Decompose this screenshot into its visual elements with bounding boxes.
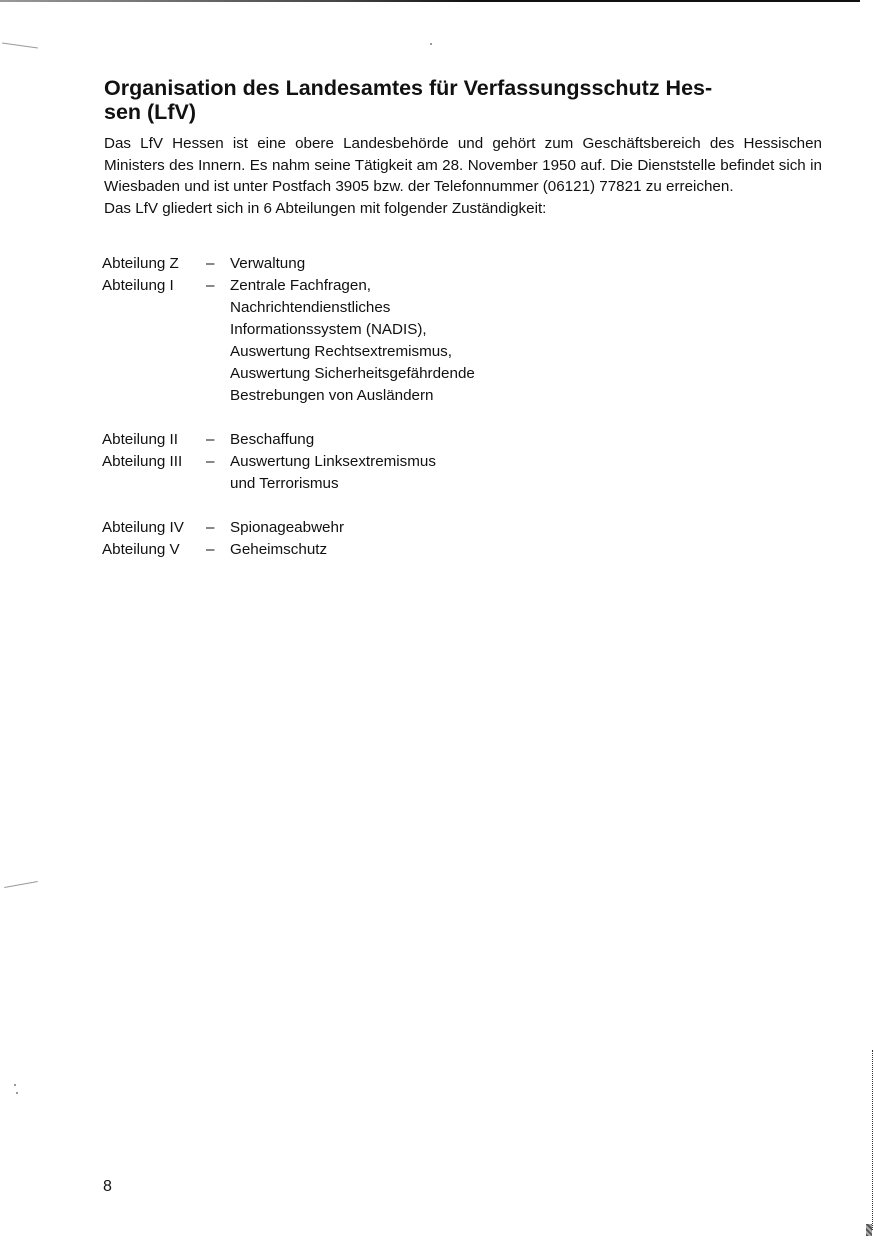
duty-line: Zentrale Fachfragen, [230, 275, 702, 297]
duty-line: Bestrebungen von Ausländern [230, 385, 702, 407]
department-group: Abteilung Z – Verwaltung Abteilung I – Z… [102, 253, 702, 407]
department-i: Abteilung I – Zentrale Fachfragen, Nachr… [102, 275, 702, 407]
department-iii: Abteilung III – Auswertung Linksextremis… [102, 451, 702, 495]
duty-line: Beschaffung [230, 429, 702, 451]
duty-line: Nachrichtendienstliches [230, 297, 702, 319]
scan-speck [14, 1084, 16, 1086]
department-label: Abteilung I [102, 275, 206, 407]
duty-line: Verwaltung [230, 253, 702, 275]
department-list: Abteilung Z – Verwaltung Abteilung I – Z… [102, 253, 702, 583]
department-duties: Geheimschutz [230, 539, 702, 561]
department-label: Abteilung Z [102, 253, 206, 275]
duty-line: Informationssystem (NADIS), [230, 319, 702, 341]
scan-speck [16, 1092, 18, 1094]
scan-speck [430, 43, 432, 45]
department-dash: – [206, 451, 230, 495]
duty-line: Geheimschutz [230, 539, 702, 561]
department-z: Abteilung Z – Verwaltung [102, 253, 702, 275]
department-group: Abteilung II – Beschaffung Abteilung III… [102, 429, 702, 495]
department-ii: Abteilung II – Beschaffung [102, 429, 702, 451]
scan-speck [2, 42, 38, 48]
department-dash: – [206, 429, 230, 451]
department-label: Abteilung III [102, 451, 206, 495]
department-label: Abteilung V [102, 539, 206, 561]
duty-line: Auswertung Rechtsextremismus, [230, 341, 702, 363]
title-line-1: Organisation des Landesamtes für Verfass… [104, 76, 712, 100]
department-duties: Auswertung Linksextremismus und Terroris… [230, 451, 702, 495]
department-group: Abteilung IV – Spionageabwehr Abteilung … [102, 517, 702, 561]
department-iv: Abteilung IV – Spionageabwehr [102, 517, 702, 539]
scan-mark [866, 1224, 872, 1236]
duty-line: Auswertung Linksextremismus [230, 451, 702, 473]
scan-speck [4, 881, 38, 888]
page-title: Organisation des Landesamtes für Verfass… [104, 76, 824, 124]
department-dash: – [206, 275, 230, 407]
department-dash: – [206, 253, 230, 275]
title-line-2: sen (LfV) [104, 100, 196, 124]
page-number: 8 [103, 1178, 112, 1196]
department-label: Abteilung IV [102, 517, 206, 539]
department-v: Abteilung V – Geheimschutz [102, 539, 702, 561]
department-dash: – [206, 539, 230, 561]
department-label: Abteilung II [102, 429, 206, 451]
duty-line: Auswertung Sicherheitsgefährdende [230, 363, 702, 385]
duty-line: und Terrorismus [230, 473, 702, 495]
department-duties: Beschaffung [230, 429, 702, 451]
department-duties: Verwaltung [230, 253, 702, 275]
intro-paragraph-1: Das LfV Hessen ist eine obere Landesbehö… [104, 133, 822, 198]
intro-text: Das LfV Hessen ist eine obere Landesbehö… [104, 133, 822, 219]
department-duties: Spionageabwehr [230, 517, 702, 539]
duty-line: Spionageabwehr [230, 517, 702, 539]
scan-edge-top [0, 0, 860, 2]
department-dash: – [206, 517, 230, 539]
department-duties: Zentrale Fachfragen, Nachrichtendienstli… [230, 275, 702, 407]
intro-paragraph-2: Das LfV gliedert sich in 6 Abteilungen m… [104, 198, 822, 220]
